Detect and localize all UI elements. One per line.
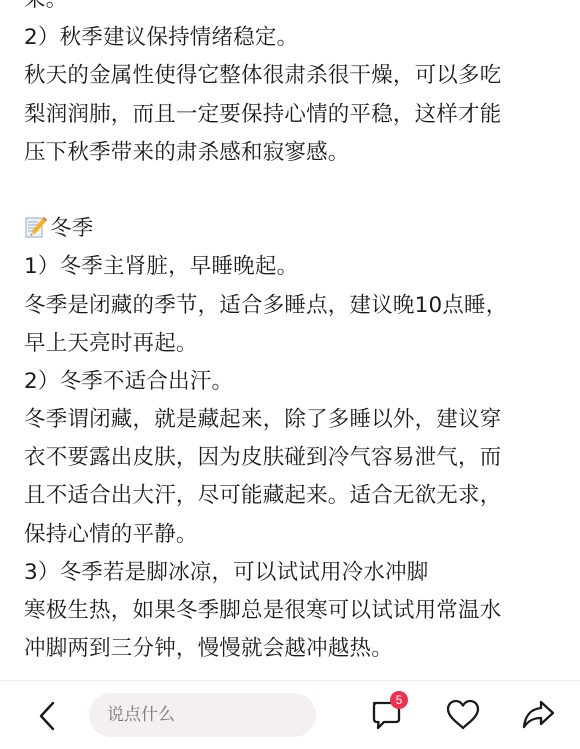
chevron-left-icon bbox=[34, 699, 60, 733]
section-heading-text: 冬季 bbox=[50, 216, 93, 241]
text-line: 冬季是闭藏的季节，适合多睡点，建议晚10点睡， bbox=[24, 287, 560, 325]
text-line: 早上天亮时再起。 bbox=[24, 325, 560, 363]
text-line: 1）冬季主肾脏，早睡晚起。 bbox=[24, 248, 560, 286]
back-button[interactable] bbox=[34, 699, 60, 733]
text-line: 压下秋季带来的肃杀感和寂寥感。 bbox=[24, 134, 560, 172]
text-line: 梨润润肺，而且一定要保持心情的平稳，这样才能 bbox=[24, 96, 560, 134]
text-line: 2）冬季不适合出汗。 bbox=[24, 363, 560, 401]
text-line: 衣不要露出皮肤，因为皮肤碰到冷气容易泄气，而 bbox=[24, 439, 560, 477]
share-button[interactable] bbox=[518, 695, 558, 735]
memo-pencil-icon bbox=[24, 214, 48, 238]
section-heading-winter: 冬季 bbox=[24, 210, 560, 248]
text-line: 3）冬季若是脚冰凉，可以试试用冷水冲脚 bbox=[24, 554, 560, 592]
text-line: 2）秋季建议保持情绪稳定。 bbox=[24, 19, 560, 57]
heart-outline-icon bbox=[443, 695, 483, 735]
text-line: 且不适合出大汗，尽可能藏起来。适合无欲无求， bbox=[24, 477, 560, 515]
article-body: 来。 2）秋季建议保持情绪稳定。 秋天的金属性使得它整体很肃杀很干燥，可以多吃 … bbox=[24, 0, 560, 668]
comment-count-badge: 5 bbox=[390, 691, 408, 709]
share-arrow-icon bbox=[518, 695, 558, 735]
bottom-action-bar: 5 bbox=[0, 680, 580, 749]
text-line: 冲脚两到三分钟，慢慢就会越冲越热。 bbox=[24, 630, 560, 668]
text-line: 保持心情的平静。 bbox=[24, 516, 560, 554]
text-line: 寒极生热，如果冬季脚总是很寒可以试试用常温水 bbox=[24, 592, 560, 630]
like-button[interactable] bbox=[443, 695, 483, 735]
blank-line bbox=[24, 172, 560, 210]
comment-input[interactable] bbox=[89, 693, 316, 737]
text-line: 冬季谓闭藏，就是藏起来，除了多睡以外，建议穿 bbox=[24, 401, 560, 439]
text-line: 来。 bbox=[24, 0, 560, 19]
text-line: 秋天的金属性使得它整体很肃杀很干燥，可以多吃 bbox=[24, 57, 560, 95]
